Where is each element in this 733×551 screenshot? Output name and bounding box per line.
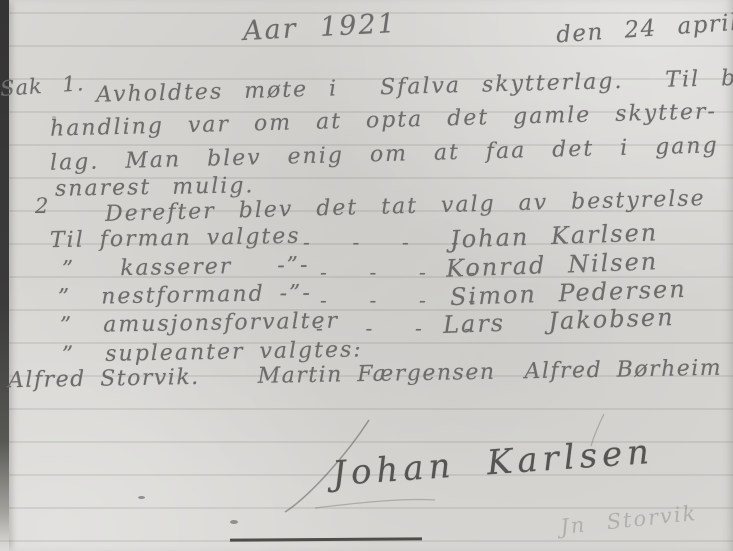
signature: Johan Karlsen xyxy=(331,432,655,494)
pencil-smudge xyxy=(138,496,145,499)
office-label: Til forman valgtes xyxy=(50,224,301,253)
margin-item-number: 2 xyxy=(35,194,50,218)
body-line-4: snarest mulig. xyxy=(55,173,255,201)
header-date: den 24 april xyxy=(555,10,733,49)
header-year: Aar 1921 xyxy=(242,8,397,47)
pencil-smudge xyxy=(230,520,238,524)
scanned-minutes-page: Aar 1921 den 24 april Sak 1. Avholdtes m… xyxy=(0,0,733,551)
body-line-3: lag. Man blev enig om at faa det i gang xyxy=(50,133,719,175)
office-label: ” nestformand -”- xyxy=(58,281,312,310)
office-label: ” kasserer -”- xyxy=(62,253,310,282)
faint-pencil-note: Jn Storvik xyxy=(559,501,698,539)
bottom-rule xyxy=(230,537,422,541)
margin-item-label: Sak 1. xyxy=(0,71,85,101)
office-label: ” amusjonsforvalter xyxy=(60,309,339,339)
pencil-smudge xyxy=(52,116,56,119)
dash-leader: - - - - xyxy=(303,230,460,254)
